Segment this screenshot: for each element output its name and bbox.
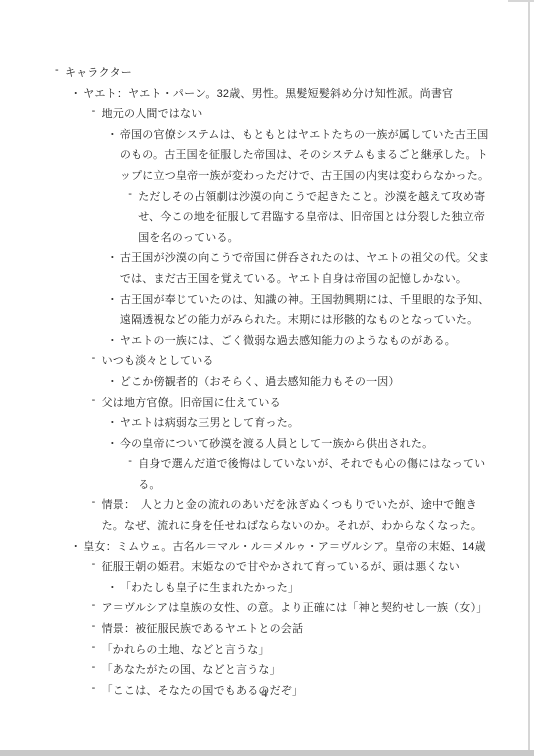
outline-item-text: 征服王朝の姫君。末姫なので甘やかされて育っているが、頭は悪くない	[102, 561, 460, 573]
outline-item: ・古王国が奉じていたのは、知識の神。王国勃興期には、千里眼的な予知、遠隔透視など…	[120, 290, 493, 331]
dot-bullet-icon: ・	[107, 578, 118, 599]
dash-bullet-icon: -	[92, 554, 96, 575]
dash-bullet-icon: -	[55, 60, 59, 81]
outline-item: -ただしその占領劇は沙漠の向こうで起きたこと。沙漠を越えて攻め寄せ、今この地を征…	[138, 187, 493, 249]
outline-item: -情景： 人と力と金の流れのあいだを泳ぎぬくつもりでいたが、途中で飽きた。なぜ、…	[102, 495, 493, 536]
dot-bullet-icon: ・	[70, 84, 81, 105]
outline: -キャラクター・ヤエト：ヤエト・パーン。32歳、男性。黒髪短髪斜め分け知性派。尚…	[0, 63, 493, 701]
outline-item: -征服王朝の姫君。末姫なので甘やかされて育っているが、頭は悪くない	[102, 557, 493, 578]
dash-bullet-icon: -	[92, 616, 96, 637]
outline-item-text: 皇女：ミムウェ。古名ル＝マル・ル＝メルゥ・ア＝ヴルシア。皇帝の末姫、14歳	[83, 541, 486, 553]
outline-item-text: いつも淡々としている	[102, 355, 214, 367]
dot-bullet-icon: ・	[107, 125, 118, 146]
outline-item-text: キャラクター	[65, 67, 132, 79]
outline-item: ・ヤエト：ヤエト・パーン。32歳、男性。黒髪短髪斜め分け知性派。尚書官	[83, 84, 493, 105]
outline-item: -「あなたがたの国、などと言うな」	[102, 660, 493, 681]
outline-item-text: 帝国の官僚システムは、もともとはヤエトたちの一族が属していた古王国のもの。古王国…	[120, 129, 489, 182]
outline-item: ・ヤエトは病弱な三男として育った。	[120, 413, 493, 434]
outline-item: ・ヤエトの一族には、ごく微弱な過去感知能力のようなものがある。	[120, 331, 493, 352]
dot-bullet-icon: ・	[107, 372, 118, 393]
outline-item-text: 情景：被征服民族であるヤエトとの会話	[102, 623, 304, 635]
outline-item: -父は地方官僚。旧帝国に仕えている	[102, 393, 493, 414]
outline-item-text: ヤエト：ヤエト・パーン。32歳、男性。黒髪短髪斜め分け知性派。尚書官	[83, 88, 453, 100]
outline-item: -情景：被征服民族であるヤエトとの会話	[102, 619, 493, 640]
outline-item: ・古王国が沙漠の向こうで帝国に併呑されたのは、ヤエトの祖父の代。父までは、まだ古…	[120, 248, 493, 289]
outline-item-text: ヤエトの一族には、ごく微弱な過去感知能力のようなものがある。	[120, 335, 456, 347]
outline-item-text: 今の皇帝について砂漠を渡る人員として一族から供出された。	[120, 438, 433, 450]
outline-item-text: 自身で選んだ道で後悔はしていないが、それでも心の傷にはなっている。	[138, 458, 485, 491]
dash-bullet-icon: -	[128, 451, 132, 472]
dash-bullet-icon: -	[92, 595, 96, 616]
dot-bullet-icon: ・	[107, 290, 118, 311]
outline-item: -地元の人間ではない	[102, 104, 493, 125]
dot-bullet-icon: ・	[107, 434, 118, 455]
outline-item: -ア＝ヴルシアは皇族の女性、の意。より正確には「神と契約せし一族（女）」	[102, 598, 493, 619]
dash-bullet-icon: -	[92, 348, 96, 369]
outline-item-text: どこか傍観者的（おそらく、過去感知能力もその一因）	[120, 376, 400, 388]
outline-item: -キャラクター	[65, 63, 493, 84]
dash-bullet-icon: -	[92, 637, 96, 658]
outline-item: ・今の皇帝について砂漠を渡る人員として一族から供出された。	[120, 434, 493, 455]
page-number: 4	[0, 686, 529, 701]
outline-item-text: 古王国が沙漠の向こうで帝国に併呑されたのは、ヤエトの祖父の代。父までは、まだ古王…	[120, 252, 490, 285]
dash-bullet-icon: -	[128, 184, 132, 205]
outline-item-text: ヤエトは病弱な三男として育った。	[120, 417, 299, 429]
page-top-edge	[508, 0, 534, 2]
outline-item: -「かれらの土地、などと言うな」	[102, 640, 493, 661]
dot-bullet-icon: ・	[107, 413, 118, 434]
outline-item-text: 「かれらの土地、などと言うな」	[102, 644, 270, 656]
outline-item-text: 地元の人間ではない	[102, 108, 203, 120]
outline-item-text: ただしその占領劇は沙漠の向こうで起きたこと。沙漠を越えて攻め寄せ、今この地を征服…	[138, 191, 485, 244]
page-bottom-edge	[0, 750, 534, 756]
outline-item: ・どこか傍観者的（おそらく、過去感知能力もその一因）	[120, 372, 493, 393]
dash-bullet-icon: -	[92, 492, 96, 513]
outline-item: -自身で選んだ道で後悔はしていないが、それでも心の傷にはなっている。	[138, 454, 493, 495]
outline-item-text: ア＝ヴルシアは皇族の女性、の意。より正確には「神と契約せし一族（女）」	[102, 602, 488, 614]
outline-item-text: 古王国が奉じていたのは、知識の神。王国勃興期には、千里眼的な予知、遠隔透視などの…	[120, 294, 490, 327]
outline-item: ・帝国の官僚システムは、もともとはヤエトたちの一族が属していた古王国のもの。古王…	[120, 125, 493, 187]
outline-item-text: 情景： 人と力と金の流れのあいだを泳ぎぬくつもりでいたが、途中で飽きた。なぜ、流…	[102, 499, 482, 532]
outline-item: -いつも淡々としている	[102, 351, 493, 372]
dot-bullet-icon: ・	[107, 331, 118, 352]
dot-bullet-icon: ・	[107, 248, 118, 269]
dash-bullet-icon: -	[92, 101, 96, 122]
dot-bullet-icon: ・	[70, 537, 81, 558]
outline-item-text: 「わたしも皇子に生まれたかった」	[120, 582, 299, 594]
page-right-edge	[528, 0, 530, 750]
dash-bullet-icon: -	[92, 390, 96, 411]
outline-item-text: 父は地方官僚。旧帝国に仕えている	[102, 397, 281, 409]
outline-item: ・「わたしも皇子に生まれたかった」	[120, 578, 493, 599]
outline-item-text: 「あなたがたの国、などと言うな」	[102, 664, 281, 676]
document-page: -キャラクター・ヤエト：ヤエト・パーン。32歳、男性。黒髪短髪斜め分け知性派。尚…	[0, 0, 534, 756]
outline-item: ・皇女：ミムウェ。古名ル＝マル・ル＝メルゥ・ア＝ヴルシア。皇帝の末姫、14歳	[83, 537, 493, 558]
dash-bullet-icon: -	[92, 657, 96, 678]
